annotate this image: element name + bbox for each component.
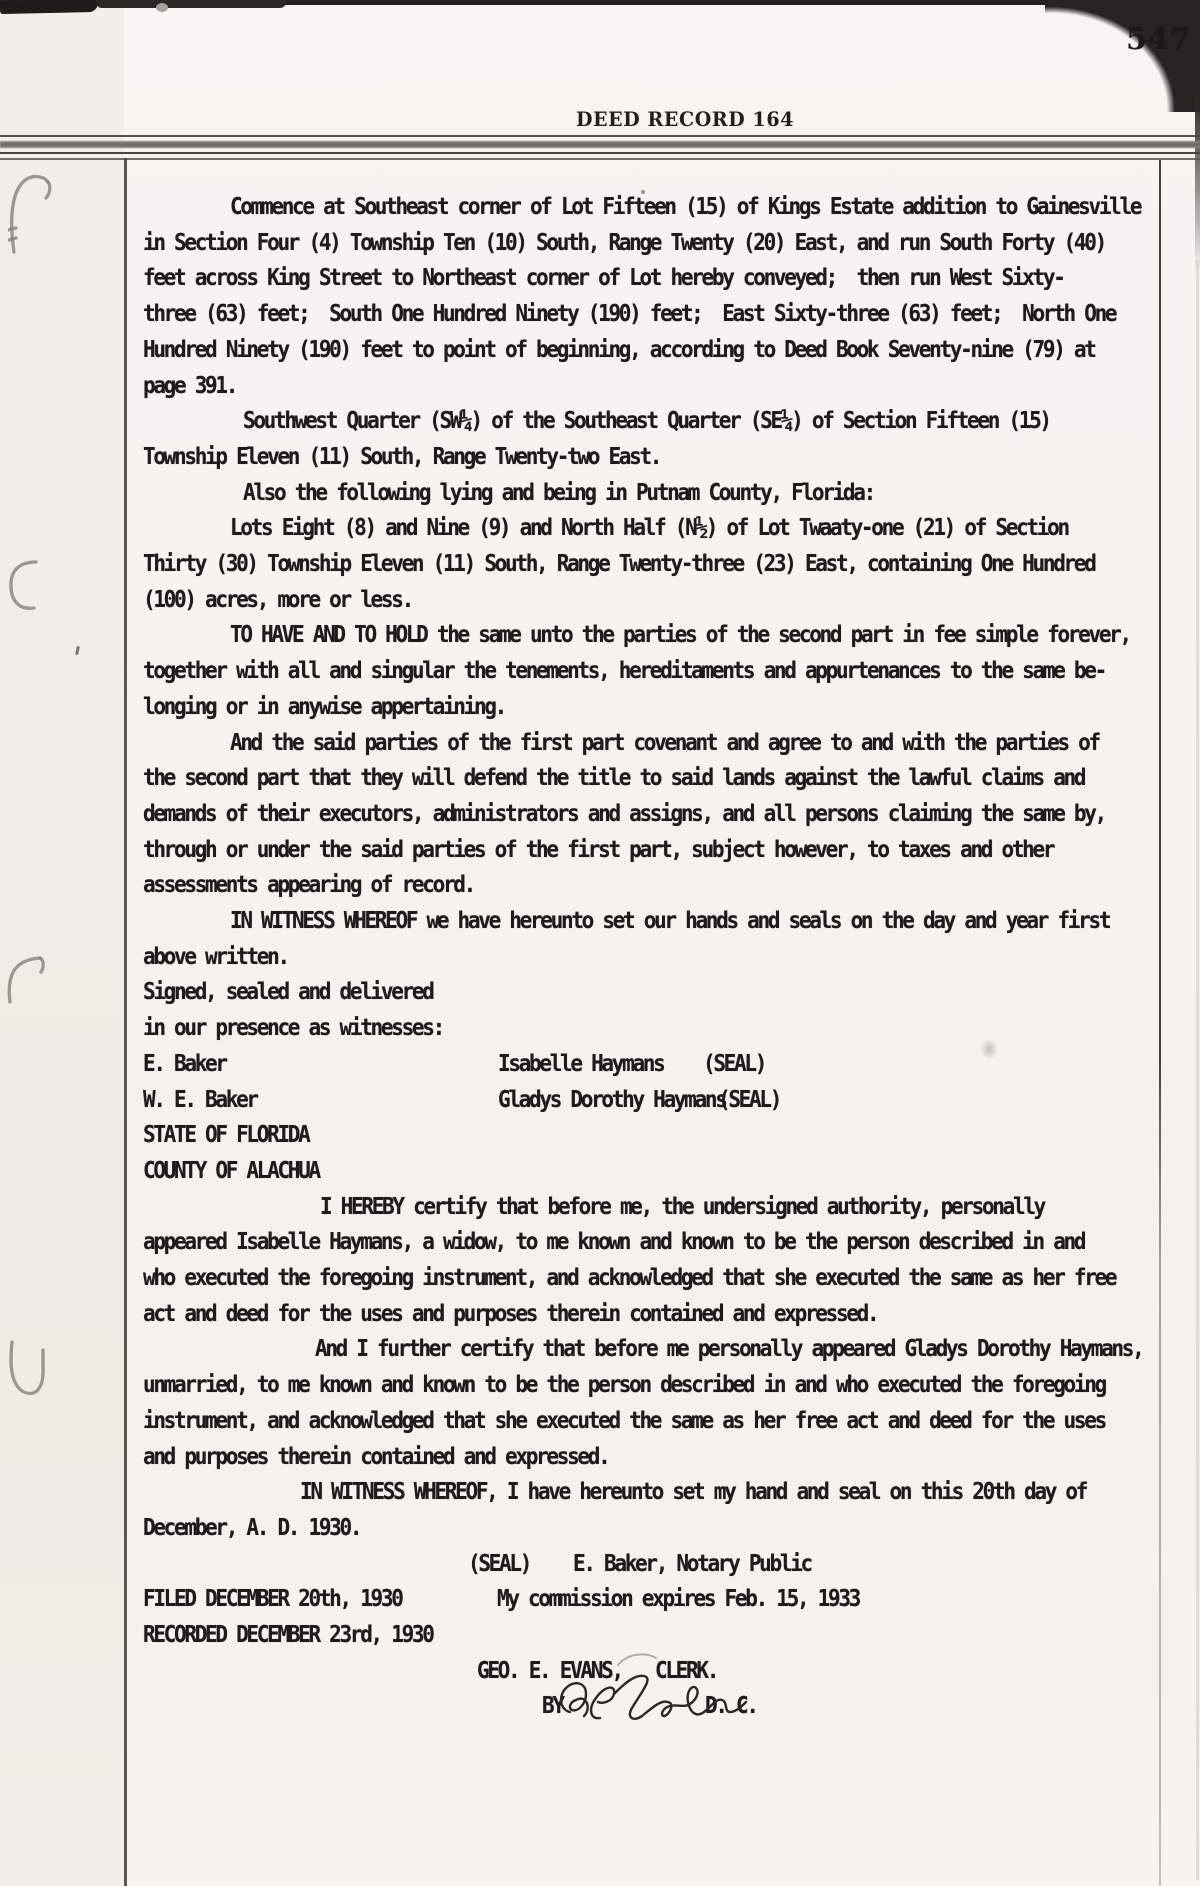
deed-record-page: 547 DEED RECORD 164 Commence at Southeas… <box>0 0 1200 1886</box>
text-segment: (100) acres, more or less. <box>143 586 412 612</box>
text-line: in our presence as witnesses: <box>0 1014 1200 1041</box>
text-line: RECORDED DECEMBER 23rd, 1930 <box>0 1621 1200 1648</box>
text-segment: Commence at Southeast corner of Lot Fift… <box>230 193 1140 219</box>
text-segment: My commission expires Feb. 15, 1933 <box>497 1585 859 1611</box>
text-line: Also the following lying and being in Pu… <box>0 479 1200 506</box>
text-segment: COUNTY OF ALACHUA <box>143 1157 319 1183</box>
text-segment: And I further certify that before me per… <box>315 1335 1142 1361</box>
text-line: unmarried, to me known and known to be t… <box>0 1371 1200 1398</box>
text-segment: Also the following lying and being in Pu… <box>243 479 874 505</box>
text-segment: Gladys Dorothy Haymans <box>498 1086 726 1112</box>
text-line: who executed the foregoing instrument, a… <box>0 1264 1200 1291</box>
text-segment: E. Baker, Notary Public <box>573 1550 811 1576</box>
text-line: STATE OF FLORIDA <box>0 1121 1200 1148</box>
text-segment: FILED DECEMBER 20th, 1930 <box>143 1585 402 1611</box>
text-segment: Township Eleven (11) South, Range Twenty… <box>143 443 660 469</box>
text-segment: above written. <box>143 943 288 969</box>
text-segment: (SEAL) <box>703 1050 765 1076</box>
text-segment: RECORDED DECEMBER 23rd, 1930 <box>143 1621 433 1647</box>
text-line: (100) acres, more or less. <box>0 586 1200 613</box>
document-body: Commence at Southeast corner of Lot Fift… <box>0 0 1200 1886</box>
text-segment: Isabelle Haymans <box>498 1050 664 1076</box>
text-line: FILED DECEMBER 20th, 1930My commission e… <box>0 1585 1200 1612</box>
text-segment: December, A. D. 1930. <box>143 1514 360 1540</box>
clerk-signature-handwriting <box>556 1664 748 1736</box>
text-line: together with all and singular the tenem… <box>0 657 1200 684</box>
text-line: page 391. <box>0 372 1200 399</box>
text-line: COUNTY OF ALACHUA <box>0 1157 1200 1184</box>
text-line: Thirty (30) Township Eleven (11) South, … <box>0 550 1200 577</box>
text-line: And I further certify that before me per… <box>0 1335 1200 1362</box>
text-line: W. E. BakerGladys Dorothy Haymans(SEAL) <box>0 1086 1200 1113</box>
text-segment: Hundred Ninety (190) feet to point of be… <box>143 336 1095 362</box>
text-line: Township Eleven (11) South, Range Twenty… <box>0 443 1200 470</box>
text-segment: TO HAVE AND TO HOLD the same unto the pa… <box>230 621 1130 647</box>
text-line: E. BakerIsabelle Haymans(SEAL) <box>0 1050 1200 1077</box>
text-line: longing or in anywise appertaining. <box>0 693 1200 720</box>
text-segment: I HEREBY certify that before me, the und… <box>320 1193 1044 1219</box>
text-line: Southwest Quarter (SW¼) of the Southeast… <box>0 407 1200 434</box>
text-segment: Thirty (30) Township Eleven (11) South, … <box>143 550 1095 576</box>
text-line: Lots Eight (8) and Nine (9) and North Ha… <box>0 514 1200 541</box>
text-segment: page 391. <box>143 372 236 398</box>
text-line: assessments appearing of record. <box>0 871 1200 898</box>
text-line: I HEREBY certify that before me, the und… <box>0 1193 1200 1220</box>
text-segment: appeared Isabelle Haymans, a widow, to m… <box>143 1228 1084 1254</box>
text-line: (SEAL)E. Baker, Notary Public <box>0 1550 1200 1577</box>
text-segment: feet across King Street to Northeast cor… <box>143 264 1064 290</box>
text-segment: assessments appearing of record. <box>143 871 474 897</box>
text-line: demands of their executors, administrato… <box>0 800 1200 827</box>
text-line: act and deed for the uses and purposes t… <box>0 1300 1200 1327</box>
text-segment: unmarried, to me known and known to be t… <box>143 1371 1105 1397</box>
text-segment: STATE OF FLORIDA <box>143 1121 309 1147</box>
text-segment: the second part that they will defend th… <box>143 764 1084 790</box>
text-segment: three (63) feet; South One Hundred Ninet… <box>143 300 1115 326</box>
text-line: through or under the said parties of the… <box>0 836 1200 863</box>
text-segment: who executed the foregoing instrument, a… <box>143 1264 1115 1290</box>
text-segment: and purposes therein contained and expre… <box>143 1443 608 1469</box>
text-segment: Southwest Quarter (SW¼) of the Southeast… <box>243 407 1050 433</box>
text-segment: (SEAL) <box>468 1550 530 1576</box>
text-segment: (SEAL) <box>718 1086 780 1112</box>
text-line: appeared Isabelle Haymans, a widow, to m… <box>0 1228 1200 1255</box>
text-segment: demands of their executors, administrato… <box>143 800 1105 826</box>
text-line: Commence at Southeast corner of Lot Fift… <box>0 193 1200 220</box>
text-line: and purposes therein contained and expre… <box>0 1443 1200 1470</box>
text-segment: Lots Eight (8) and Nine (9) and North Ha… <box>230 514 1068 540</box>
text-segment: And the said parties of the first part c… <box>230 729 1099 755</box>
text-line: above written. <box>0 943 1200 970</box>
text-segment: IN WITNESS WHEREOF, I have hereunto set … <box>300 1478 1086 1504</box>
text-segment: in our presence as witnesses: <box>143 1014 443 1040</box>
text-segment: instrument, and acknowledged that she ex… <box>143 1407 1105 1433</box>
text-segment: longing or in anywise appertaining. <box>143 693 505 719</box>
text-segment: Signed, sealed and delivered <box>143 978 433 1004</box>
text-segment: IN WITNESS WHEREOF we have hereunto set … <box>230 907 1109 933</box>
text-line: feet across King Street to Northeast cor… <box>0 264 1200 291</box>
text-segment: through or under the said parties of the… <box>143 836 1053 862</box>
text-segment: E. Baker <box>143 1050 226 1076</box>
text-line: instrument, and acknowledged that she ex… <box>0 1407 1200 1434</box>
text-line: three (63) feet; South One Hundred Ninet… <box>0 300 1200 327</box>
text-segment: W. E. Baker <box>143 1086 257 1112</box>
text-line: IN WITNESS WHEREOF, I have hereunto set … <box>0 1478 1200 1505</box>
text-line: the second part that they will defend th… <box>0 764 1200 791</box>
text-line: TO HAVE AND TO HOLD the same unto the pa… <box>0 621 1200 648</box>
text-line: December, A. D. 1930. <box>0 1514 1200 1541</box>
text-line: in Section Four (4) Township Ten (10) So… <box>0 229 1200 256</box>
text-segment: in Section Four (4) Township Ten (10) So… <box>143 229 1105 255</box>
text-line: IN WITNESS WHEREOF we have hereunto set … <box>0 907 1200 934</box>
text-segment: together with all and singular the tenem… <box>143 657 1105 683</box>
text-segment: act and deed for the uses and purposes t… <box>143 1300 877 1326</box>
text-line: And the said parties of the first part c… <box>0 729 1200 756</box>
text-line: Signed, sealed and delivered <box>0 978 1200 1005</box>
text-line: Hundred Ninety (190) feet to point of be… <box>0 336 1200 363</box>
